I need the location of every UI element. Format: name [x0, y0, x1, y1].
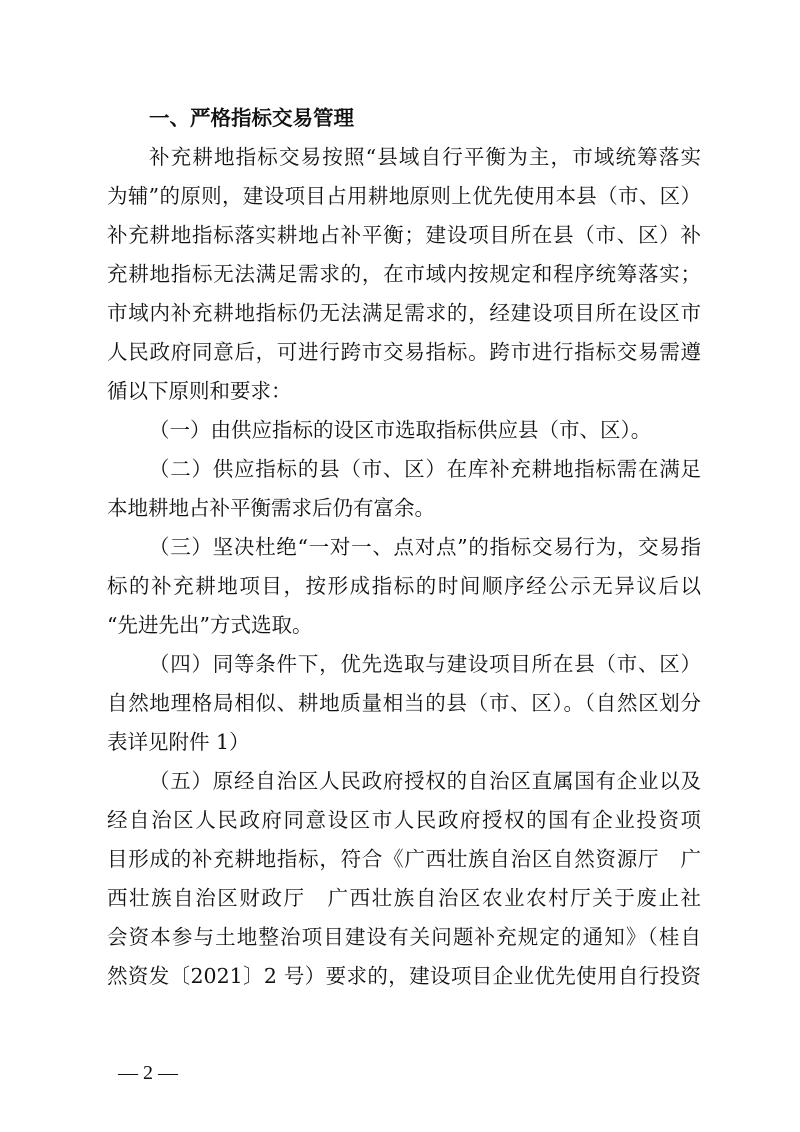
page-number: — 2 — [118, 1062, 178, 1085]
paragraph-line: 循以下原则和要求： [107, 376, 701, 406]
paragraph-line: “先进先出”方式选取。 [107, 610, 701, 640]
paragraph-line: 表详见附件 1） [107, 727, 701, 757]
list-item-3: （三）坚决杜绝“一对一、点对点”的指标交易行为，交易指 [149, 532, 701, 562]
paragraph-line: 补充耕地指标交易按照“县域自行平衡为主，市域统筹落实 [149, 142, 701, 172]
paragraph-line: 为辅”的原则，建设项目占用耕地原则上优先使用本县（市、区） [107, 181, 701, 211]
paragraph-line: 然资发〔2021〕2 号）要求的，建设项目企业优先使用自行投资 [107, 961, 701, 991]
document-page: 一、严格指标交易管理 补充耕地指标交易按照“县域自行平衡为主，市域统筹落实 为辅… [0, 0, 800, 1132]
paragraph-line: 补充耕地指标落实耕地占补平衡；建设项目所在县（市、区）补 [107, 220, 701, 250]
paragraph-line: 西壮族自治区财政厅 广西壮族自治区农业农村厅关于废止社 [107, 883, 701, 913]
list-item-2: （二）供应指标的县（市、区）在库补充耕地指标需在满足 [149, 454, 701, 484]
paragraph-line: 充耕地指标无法满足需求的，在市域内按规定和程序统筹落实； [107, 259, 701, 289]
list-item-5: （五）原经自治区人民政府授权的自治区直属国有企业以及 [149, 766, 701, 796]
list-item-1: （一）由供应指标的设区市选取指标供应县（市、区）。 [149, 415, 701, 445]
paragraph-line: 标的补充耕地项目，按形成指标的时间顺序经公示无异议后以 [107, 571, 701, 601]
paragraph-line: 市域内补充耕地指标仍无法满足需求的，经建设项目所在设区市 [107, 298, 701, 328]
paragraph-line: 人民政府同意后，可进行跨市交易指标。跨市进行指标交易需遵 [107, 337, 701, 367]
list-item-4: （四）同等条件下，优先选取与建设项目所在县（市、区） [149, 649, 701, 679]
paragraph-line: 自然地理格局相似、耕地质量相当的县（市、区）。（自然区划分 [107, 688, 701, 718]
paragraph-line: 目形成的补充耕地指标，符合《广西壮族自治区自然资源厅 广 [107, 844, 701, 874]
paragraph-line: 本地耕地占补平衡需求后仍有富余。 [107, 493, 701, 523]
section-heading: 一、严格指标交易管理 [149, 103, 354, 133]
paragraph-line: 经自治区人民政府同意设区市人民政府授权的国有企业投资项 [107, 805, 701, 835]
paragraph-line: 会资本参与土地整治项目建设有关问题补充规定的通知》（桂自 [107, 922, 701, 952]
